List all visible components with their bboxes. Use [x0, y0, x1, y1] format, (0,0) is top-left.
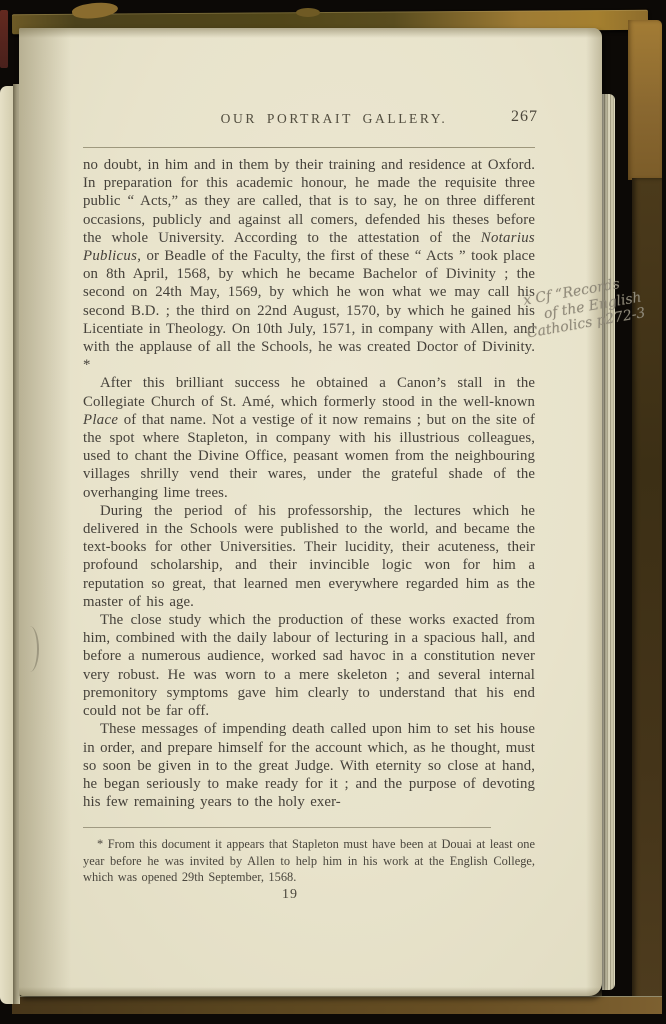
spine-fragment [0, 10, 8, 68]
page-right-shade [586, 28, 602, 996]
paragraph: no doubt, in him and in them by their tr… [83, 156, 535, 374]
folio-number: 267 [511, 108, 538, 126]
paragraph-segment: After this brilliant success he obtained… [83, 375, 535, 409]
paragraph-segment: The close study which the production of … [83, 612, 535, 719]
paragraph-segment: These messages of impending death called… [83, 721, 535, 810]
paragraph-segment: no doubt, in him and in them by their tr… [83, 157, 535, 246]
page-top-shade [19, 28, 602, 38]
book-page: OUR PORTRAIT GALLERY. 267 no doubt, in h… [19, 28, 602, 996]
paragraph-segment: , or Beadle of the Faculty, the first of… [83, 248, 535, 373]
binding-damage [296, 8, 320, 17]
book-photograph: OUR PORTRAIT GALLERY. 267 no doubt, in h… [0, 0, 666, 1024]
page-bottom-shade [19, 987, 602, 996]
body-text: no doubt, in him and in them by their tr… [83, 156, 535, 811]
paragraph: After this brilliant success he obtained… [83, 374, 535, 501]
paragraph-segment: During the period of his professorship, … [83, 503, 535, 610]
paragraph: These messages of impending death called… [83, 720, 535, 811]
running-title: OUR PORTRAIT GALLERY. [221, 111, 448, 126]
page-curl-mark [21, 626, 39, 672]
book-cover-bottom-edge [12, 996, 662, 1014]
previous-page-edge [0, 86, 13, 1004]
paragraph: During the period of his professorship, … [83, 502, 535, 611]
header-rule [83, 147, 535, 148]
paragraph-segment: of that name. Not a vestige of it now re… [83, 412, 535, 501]
running-header: OUR PORTRAIT GALLERY. [114, 110, 554, 128]
fore-edge-page-stack [602, 94, 615, 990]
gutter-shadow [19, 28, 71, 996]
paragraph-segment-italic: Place [83, 412, 118, 428]
book-cover-right-corner [628, 20, 662, 180]
signature-mark: 19 [64, 887, 516, 903]
paragraph: The close study which the production of … [83, 611, 535, 720]
footnote-rule [83, 827, 491, 828]
footnote: * From this document it appears that Sta… [83, 836, 535, 886]
